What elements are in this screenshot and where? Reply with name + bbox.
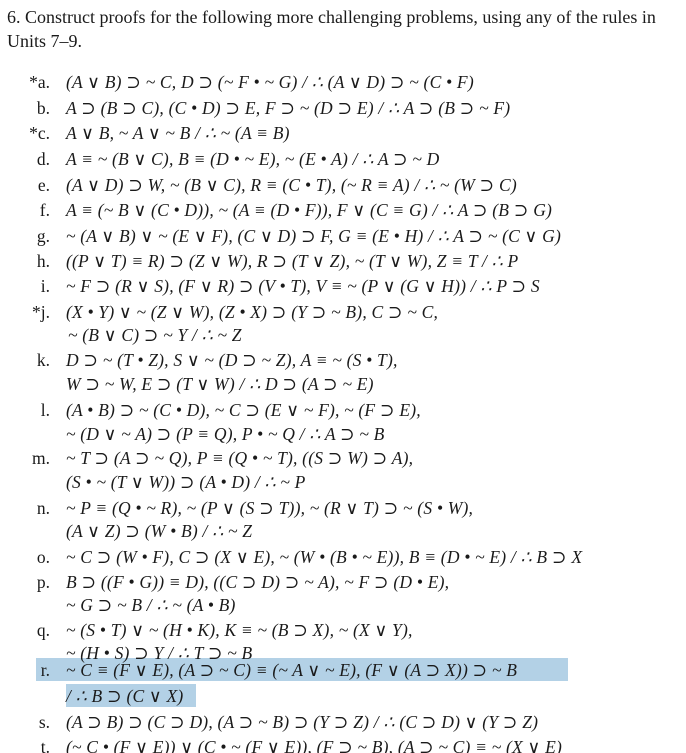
problem-k-cont: W ⊃ ~ W, E ⊃ (T ∨ W) / ∴ D ⊃ (A ⊃ ~ E) xyxy=(0,372,686,396)
problem-formula: ~ (A ∨ B) ∨ ~ (E ∨ F), (C ∨ D) ⊃ F, G ≡ … xyxy=(66,224,561,248)
problem-label: n. xyxy=(37,496,50,520)
problem-formula: B ⊃ ((F • G)) ≡ D), ((C ⊃ D) ⊃ ~ A), ~ F… xyxy=(66,570,449,594)
problem-f: f. A ≡ (~ B ∨ (C • D)), ~ (A ≡ (D • F)),… xyxy=(0,198,686,222)
problem-formula: (X • Y) ∨ ~ (Z ∨ W), (Z • X) ⊃ (Y ⊃ ~ B)… xyxy=(66,300,438,324)
problem-p: p. B ⊃ ((F • G)) ≡ D), ((C ⊃ D) ⊃ ~ A), … xyxy=(0,570,686,594)
problem-label: r. xyxy=(41,658,50,682)
problem-label: d. xyxy=(37,147,50,171)
problem-formula: (A • B) ⊃ ~ (C • D), ~ C ⊃ (E ∨ ~ F), ~ … xyxy=(66,398,421,422)
problem-formula-continued: (S • ~ (T ∨ W)) ⊃ (A • D) / ∴ ~ P xyxy=(66,470,306,494)
problem-label: *j. xyxy=(32,300,50,324)
problem-s: s. (A ⊃ B) ⊃ (C ⊃ D), (A ⊃ ~ B) ⊃ (Y ⊃ Z… xyxy=(0,710,686,734)
problem-label: s. xyxy=(39,710,50,734)
problem-formula: ~ P ≡ (Q • ~ R), ~ (P ∨ (S ⊃ T)), ~ (R ∨… xyxy=(66,496,473,520)
problem-label: p. xyxy=(37,570,50,594)
problem-formula-continued: W ⊃ ~ W, E ⊃ (T ∨ W) / ∴ D ⊃ (A ⊃ ~ E) xyxy=(66,372,374,396)
problem-label: m. xyxy=(32,446,50,470)
problem-l: l. (A • B) ⊃ ~ (C • D), ~ C ⊃ (E ∨ ~ F),… xyxy=(0,398,686,422)
problem-formula: (A ⊃ B) ⊃ (C ⊃ D), (A ⊃ ~ B) ⊃ (Y ⊃ Z) /… xyxy=(66,710,538,734)
problem-label: t. xyxy=(41,735,50,753)
problem-n-cont: (A ∨ Z) ⊃ (W • B) / ∴ ~ Z xyxy=(0,519,686,543)
problem-b: b. A ⊃ (B ⊃ C), (C • D) ⊃ E, F ⊃ ~ (D ⊃ … xyxy=(0,96,686,120)
problem-formula: ~ C ⊃ (W • F), C ⊃ (X ∨ E), ~ (W • (B • … xyxy=(66,545,582,569)
problem-label: *a. xyxy=(29,70,50,94)
problem-label: e. xyxy=(38,173,50,197)
problem-formula-continued: ~ G ⊃ ~ B / ∴ ~ (A • B) xyxy=(66,593,236,617)
problem-formula: D ⊃ ~ (T • Z), S ∨ ~ (D ⊃ ~ Z), A ≡ ~ (S… xyxy=(66,348,398,372)
problem-formula-continued: (A ∨ Z) ⊃ (W • B) / ∴ ~ Z xyxy=(66,519,252,543)
problem-r-cont[interactable]: / ∴ B ⊃ (C ∨ X) xyxy=(0,684,686,708)
instructions-text: 6. Construct proofs for the following mo… xyxy=(7,5,683,53)
problem-formula-continued: ~ (D ∨ ~ A) ⊃ (P ≡ Q), P • ~ Q / ∴ A ⊃ ~… xyxy=(66,422,385,446)
problem-formula: (A ∨ B) ⊃ ~ C, D ⊃ (~ F • ~ G) / ∴ (A ∨ … xyxy=(66,70,474,94)
problem-k: k. D ⊃ ~ (T • Z), S ∨ ~ (D ⊃ ~ Z), A ≡ ~… xyxy=(0,348,686,372)
problem-e: e. (A ∨ D) ⊃ W, ~ (B ∨ C), R ≡ (C • T), … xyxy=(0,173,686,197)
problem-formula: A ≡ (~ B ∨ (C • D)), ~ (A ≡ (D • F)), F … xyxy=(66,198,552,222)
problem-formula: A ⊃ (B ⊃ C), (C • D) ⊃ E, F ⊃ ~ (D ⊃ E) … xyxy=(66,96,510,120)
problem-formula: (~ C • (F ∨ E)) ∨ (C • ~ (F ∨ E)), (F ⊃ … xyxy=(66,735,562,753)
problem-formula: A ∨ B, ~ A ∨ ~ B / ∴ ~ (A ≡ B) xyxy=(66,121,290,145)
problem-q: q. ~ (S • T) ∨ ~ (H • K), K ≡ ~ (B ⊃ X),… xyxy=(0,618,686,642)
problem-label: h. xyxy=(37,249,50,273)
problem-g: g. ~ (A ∨ B) ∨ ~ (E ∨ F), (C ∨ D) ⊃ F, G… xyxy=(0,224,686,248)
problem-formula-continued: ~ (B ∨ C) ⊃ ~ Y / ∴ ~ Z xyxy=(68,323,242,347)
problem-a: *a. (A ∨ B) ⊃ ~ C, D ⊃ (~ F • ~ G) / ∴ (… xyxy=(0,70,686,94)
problem-label: f. xyxy=(40,198,50,222)
problem-label: b. xyxy=(37,96,50,120)
problem-j: *j. (X • Y) ∨ ~ (Z ∨ W), (Z • X) ⊃ (Y ⊃ … xyxy=(0,300,686,324)
problem-formula-continued[interactable]: / ∴ B ⊃ (C ∨ X) xyxy=(66,684,183,708)
problem-label: i. xyxy=(41,274,50,298)
problem-i: i. ~ F ⊃ (R ∨ S), (F ∨ R) ⊃ (V • T), V ≡… xyxy=(0,274,686,298)
problem-c: *c. A ∨ B, ~ A ∨ ~ B / ∴ ~ (A ≡ B) xyxy=(0,121,686,145)
problem-m-cont: (S • ~ (T ∨ W)) ⊃ (A • D) / ∴ ~ P xyxy=(0,470,686,494)
problem-o: o. ~ C ⊃ (W • F), C ⊃ (X ∨ E), ~ (W • (B… xyxy=(0,545,686,569)
problem-l-cont: ~ (D ∨ ~ A) ⊃ (P ≡ Q), P • ~ Q / ∴ A ⊃ ~… xyxy=(0,422,686,446)
problem-n: n. ~ P ≡ (Q • ~ R), ~ (P ∨ (S ⊃ T)), ~ (… xyxy=(0,496,686,520)
problem-label: q. xyxy=(37,618,50,642)
problem-p-cont: ~ G ⊃ ~ B / ∴ ~ (A • B) xyxy=(0,593,686,617)
problem-formula: A ≡ ~ (B ∨ C), B ≡ (D • ~ E), ~ (E • A) … xyxy=(66,147,440,171)
problem-formula: ~ F ⊃ (R ∨ S), (F ∨ R) ⊃ (V • T), V ≡ ~ … xyxy=(66,274,540,298)
problem-label: o. xyxy=(37,545,50,569)
problem-t: t. (~ C • (F ∨ E)) ∨ (C • ~ (F ∨ E)), (F… xyxy=(0,735,686,753)
problem-h: h. ((P ∨ T) ≡ R) ⊃ (Z ∨ W), R ⊃ (T ∨ Z),… xyxy=(0,249,686,273)
problem-label: l. xyxy=(41,398,50,422)
problem-formula: ~ T ⊃ (A ⊃ ~ Q), P ≡ (Q • ~ T), ((S ⊃ W)… xyxy=(66,446,413,470)
problem-formula[interactable]: ~ C ≡ (F ∨ E), (A ⊃ ~ C) ≡ (~ A ∨ ~ E), … xyxy=(66,658,517,682)
problem-label: g. xyxy=(37,224,50,248)
problem-formula: ~ (S • T) ∨ ~ (H • K), K ≡ ~ (B ⊃ X), ~ … xyxy=(66,618,413,642)
problem-formula: (A ∨ D) ⊃ W, ~ (B ∨ C), R ≡ (C • T), (~ … xyxy=(66,173,517,197)
problem-label: *c. xyxy=(29,121,50,145)
problem-r[interactable]: r. ~ C ≡ (F ∨ E), (A ⊃ ~ C) ≡ (~ A ∨ ~ E… xyxy=(0,658,686,682)
problem-m: m. ~ T ⊃ (A ⊃ ~ Q), P ≡ (Q • ~ T), ((S ⊃… xyxy=(0,446,686,470)
problem-label: k. xyxy=(37,348,50,372)
problem-j-cont: ~ (B ∨ C) ⊃ ~ Y / ∴ ~ Z xyxy=(0,323,686,347)
problem-formula: ((P ∨ T) ≡ R) ⊃ (Z ∨ W), R ⊃ (T ∨ Z), ~ … xyxy=(66,249,518,273)
problem-d: d. A ≡ ~ (B ∨ C), B ≡ (D • ~ E), ~ (E • … xyxy=(0,147,686,171)
